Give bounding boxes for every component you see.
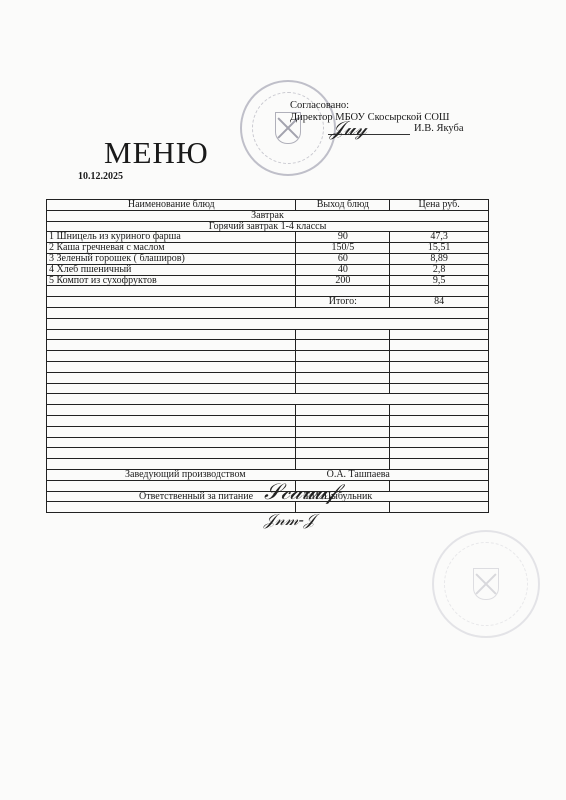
faint-seal-stamp (432, 530, 540, 638)
production-signature: 𝒮𝒸𝒶𝓊𝓊𝒻 (264, 480, 337, 505)
table-row: 5 Компот из сухофруктов 200 9,5 (47, 275, 489, 286)
dish-portion: 200 (296, 275, 390, 286)
empty-row (47, 426, 489, 437)
menu-date: 10.12.2025 (78, 171, 123, 182)
dish-price: 2,8 (390, 264, 489, 275)
empty-row (47, 383, 489, 394)
header-portion: Выход блюд (296, 200, 390, 211)
dish-name: 2 Каша гречневая с маслом (47, 243, 296, 254)
empty-row (47, 329, 489, 340)
meal-heading: Завтрак (47, 210, 489, 221)
dish-price: 9,5 (390, 275, 489, 286)
empty-row (47, 415, 489, 426)
production-name: О.А. Ташпаева (327, 469, 390, 480)
empty-row (47, 448, 489, 459)
nutrition-role: Ответственный за питание (139, 491, 253, 502)
empty-row (47, 307, 489, 318)
dish-price: 15,51 (390, 243, 489, 254)
coat-of-arms-icon (473, 568, 499, 600)
director-signature: 𝒥𝓊𝓎 (330, 116, 367, 140)
approval-signer: И.В. Якуба (414, 123, 464, 134)
dish-portion: 40 (296, 264, 390, 275)
approval-heading: Согласовано: (290, 100, 464, 112)
total-row: Итого: 84 (47, 297, 489, 308)
dish-price: 8,89 (390, 253, 489, 264)
table-row: 3 Зеленый горошек ( блаширов) 60 8,89 (47, 253, 489, 264)
empty-row (47, 340, 489, 351)
dish-name: 5 Компот из сухофруктов (47, 275, 296, 286)
dish-name: 1 Шницель из куриного фарша (47, 232, 296, 243)
section-heading: Горячий завтрак 1-4 классы (47, 221, 489, 232)
total-label: Итого: (296, 297, 390, 308)
approval-block: Согласовано: Директор МБОУ Скосырской СО… (290, 100, 464, 135)
empty-row (47, 437, 489, 448)
dish-name: 4 Хлеб пшеничный (47, 264, 296, 275)
menu-table: Наименование блюд Выход блюд Цена руб. З… (46, 199, 489, 513)
dish-price: 47,3 (390, 232, 489, 243)
dish-name: 3 Зеленый горошек ( блаширов) (47, 253, 296, 264)
empty-row (47, 405, 489, 416)
empty-row (47, 286, 489, 297)
table-row: 2 Каша гречневая с маслом 150/5 15,51 (47, 243, 489, 254)
empty-row (47, 372, 489, 383)
dish-portion: 60 (296, 253, 390, 264)
nutrition-signature: 𝒥𝓃𝓂-𝒥 (264, 510, 315, 530)
page-title: МЕНЮ (104, 135, 209, 171)
dish-portion: 90 (296, 232, 390, 243)
empty-row (47, 459, 489, 470)
dish-portion: 150/5 (296, 243, 390, 254)
production-role: Заведующий производством (125, 469, 246, 480)
table-row: 4 Хлеб пшеничный 40 2,8 (47, 264, 489, 275)
empty-row (47, 394, 489, 405)
header-dish-name: Наименование блюд (47, 200, 296, 211)
header-price: Цена руб. (390, 200, 489, 211)
empty-row (47, 351, 489, 362)
table-header-row: Наименование блюд Выход блюд Цена руб. (47, 200, 489, 211)
empty-row (47, 361, 489, 372)
approval-position: Директор МБОУ Скосырской СОШ (290, 112, 464, 124)
empty-row (47, 318, 489, 329)
table-row: 1 Шницель из куриного фарша 90 47,3 (47, 232, 489, 243)
total-value: 84 (390, 297, 489, 308)
production-signature-row: Заведующий производством О.А. Ташпаева (47, 469, 489, 480)
